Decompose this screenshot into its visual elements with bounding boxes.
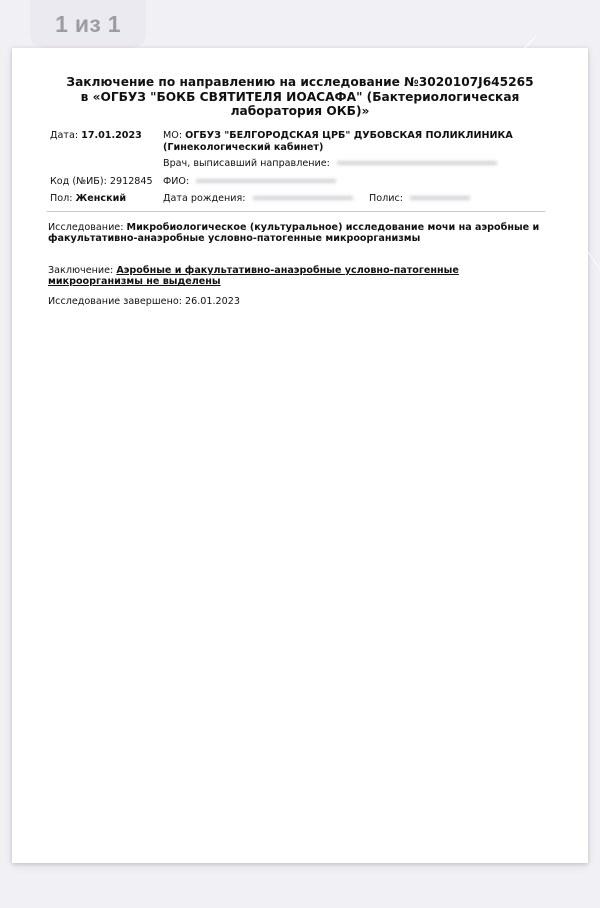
policy-label: Полис: [369, 193, 403, 204]
doctor-label: Врач, выписавший направление: [163, 158, 330, 169]
birth-date-field: Дата рождения: [163, 193, 353, 205]
patient-id-label: Код (№ИБ): [50, 176, 107, 187]
doctor-field: Врач, выписавший направление: [163, 158, 497, 170]
date-value: 17.01.2023 [81, 130, 142, 141]
date-label: Дата: [50, 130, 78, 141]
patient-id-value: 2912845 [110, 176, 153, 187]
policy-field: Полис: [369, 193, 470, 205]
birth-date-label: Дата рождения: [163, 193, 246, 204]
birth-date-value-redacted [253, 196, 353, 200]
mo-field: МО: ОГБУЗ "БЕЛГОРОДСКАЯ ЦРБ" ДУБОВСКАЯ П… [163, 130, 523, 153]
mo-label: МО: [163, 130, 182, 141]
fio-value-redacted [196, 179, 336, 183]
conclusion-block: Заключение: Аэробные и факультативно-ана… [48, 265, 548, 288]
policy-value-redacted [410, 196, 470, 200]
document-title: Заключение по направлению на исследовани… [62, 75, 538, 119]
header-divider [47, 211, 545, 212]
completed-label: Исследование завершено: [48, 296, 182, 307]
glare-streak [586, 249, 600, 286]
study-block: Исследование: Микробиологическое (культу… [48, 222, 548, 245]
conclusion-label: Заключение: [48, 265, 113, 276]
study-label: Исследование: [48, 222, 123, 233]
sex-field: Пол: Женский [50, 193, 126, 205]
fio-field: ФИО: [163, 176, 336, 188]
completed-value: 26.01.2023 [185, 296, 240, 307]
page-counter: 1 из 1 [30, 0, 146, 48]
patient-id-field: Код (№ИБ): 2912845 [50, 176, 153, 188]
doctor-value-redacted [337, 161, 497, 165]
mo-value: ОГБУЗ "БЕЛГОРОДСКАЯ ЦРБ" ДУБОВСКАЯ ПОЛИК… [163, 130, 513, 153]
fio-label: ФИО: [163, 176, 189, 187]
sex-label: Пол: [50, 193, 72, 204]
document-page: Заключение по направлению на исследовани… [12, 48, 588, 863]
completed-block: Исследование завершено: 26.01.2023 [48, 296, 548, 307]
date-field: Дата: 17.01.2023 [50, 130, 142, 142]
sex-value: Женский [76, 193, 127, 204]
